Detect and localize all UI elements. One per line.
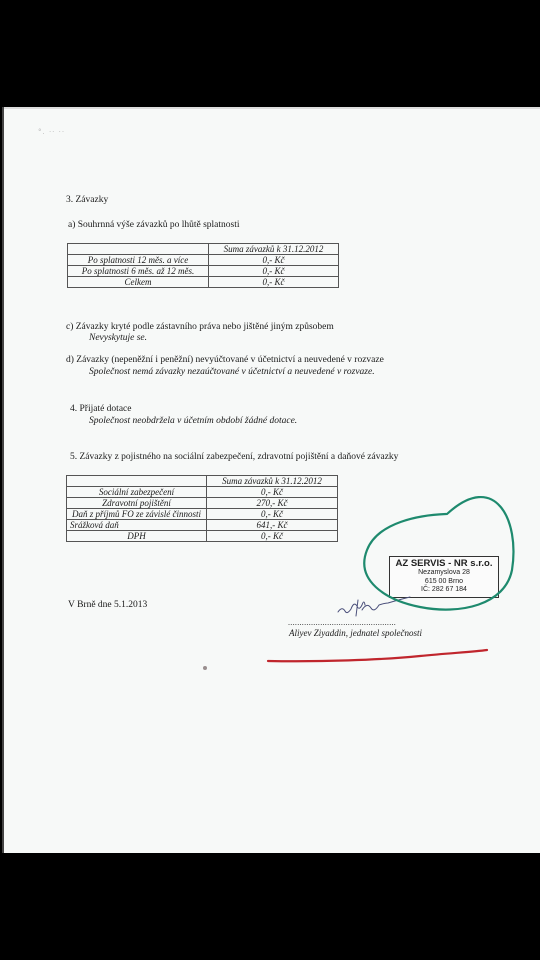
- handwritten-signature: [338, 597, 410, 616]
- annotation-overlay: [0, 0, 540, 960]
- red-underline-mark: [268, 650, 487, 661]
- ink-smudge: [203, 666, 207, 670]
- green-circle-mark: [364, 497, 513, 610]
